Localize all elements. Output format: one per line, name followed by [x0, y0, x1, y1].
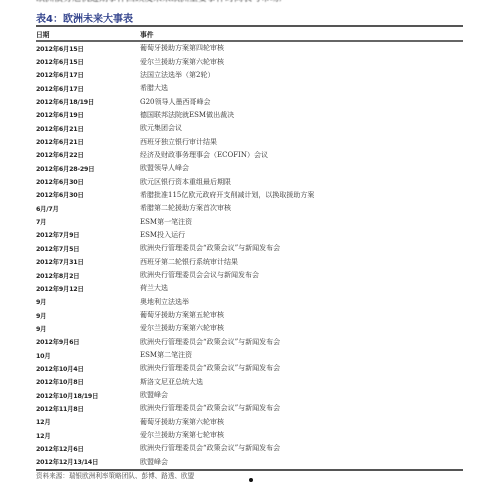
row-date: 2012年6月21日	[36, 124, 140, 133]
row-date: 2012年6月18/19日	[36, 97, 140, 106]
table-row: 2012年12月13/14日欧盟峰会	[36, 455, 463, 468]
row-event: 爱尔兰援助方案第六轮审核	[140, 57, 463, 67]
table-row: 2012年10月8日斯洛文尼亚总统大选	[36, 375, 463, 388]
table-body: 2012年6月15日葡萄牙援助方案第四轮审核2012年6月15日爱尔兰援助方案第…	[36, 42, 463, 469]
row-date: 2012年6月28-29日	[36, 164, 140, 173]
row-event: 欧洲央行管理委员会“政策会议”与新闻发布会	[140, 243, 463, 253]
row-date: 2012年10月8日	[36, 377, 140, 386]
table-row: 2012年6月22日经济及财政事务理事会（ECOFIN）会议	[36, 148, 463, 161]
row-date: 2012年7月5日	[36, 244, 140, 253]
row-event: ESM第一笔注资	[140, 217, 463, 227]
row-date: 2012年6月17日	[36, 70, 140, 79]
table-header-row: 日期 事件	[36, 27, 463, 40]
row-date: 2012年12月6日	[36, 444, 140, 453]
row-event: 经济及财政事务理事会（ECOFIN）会议	[140, 150, 463, 160]
row-event: 爱尔兰援助方案第七轮审核	[140, 430, 463, 440]
row-date: 2012年12月13/14日	[36, 457, 140, 466]
table-row: 2012年7月31日西班牙第二轮银行系统审计结果	[36, 255, 463, 268]
table-row: 2012年7月9日ESM投入运行	[36, 228, 463, 241]
row-date: 12月	[36, 431, 140, 440]
table-row: 2012年6月21日欧元集团会议	[36, 122, 463, 135]
table-row: 9月奥地利立法选举	[36, 295, 463, 308]
table-row: 12月爱尔兰援助方案第七轮审核	[36, 428, 463, 441]
row-event: 荷兰大选	[140, 283, 463, 293]
row-event: 爱尔兰援助方案第六轮审核	[140, 323, 463, 333]
table-row: 2012年6月30日希腊批准115亿欧元政府开支削减计划，以换取援助方案	[36, 188, 463, 201]
row-date: 2012年6月15日	[36, 57, 140, 66]
row-event: 西班牙第二轮银行系统审计结果	[140, 257, 463, 267]
table-row: 2012年6月15日爱尔兰援助方案第六轮审核	[36, 55, 463, 68]
table-row: 2012年6月17日法国立法选举（第2轮）	[36, 68, 463, 81]
table-row: 9月葡萄牙援助方案第五轮审核	[36, 308, 463, 321]
row-event: 欧洲央行管理委员会“政策会议”与新闻发布会	[140, 403, 463, 413]
row-date: 2012年6月15日	[36, 44, 140, 53]
table-row: 2012年8月2日欧洲央行管理委员会会议与新闻发布会	[36, 268, 463, 281]
table-row: 2012年12月6日欧洲央行管理委员会“政策会议”与新闻发布会	[36, 442, 463, 455]
row-event: 欧洲央行管理委员会“政策会议”与新闻发布会	[140, 443, 463, 453]
row-event: 欧洲央行管理委员会“政策会议”与新闻发布会	[140, 363, 463, 373]
row-date: 9月	[36, 324, 140, 333]
row-event: 斯洛文尼亚总统大选	[140, 377, 463, 387]
column-header-event: 事件	[140, 29, 463, 39]
row-date: 2012年8月2日	[36, 271, 140, 280]
table-row: 2012年9月6日欧洲央行管理委员会“政策会议”与新闻发布会	[36, 335, 463, 348]
table-row: 2012年6月17日希腊大选	[36, 82, 463, 95]
row-date: 2012年9月12日	[36, 284, 140, 293]
row-date: 12月	[36, 417, 140, 426]
row-date: 9月	[36, 297, 140, 306]
table-row: 6月/7月希腊第二轮援助方案首次审核	[36, 202, 463, 215]
row-date: 2012年7月9日	[36, 230, 140, 239]
table-row: 9月爱尔兰援助方案第六轮审核	[36, 322, 463, 335]
row-event: 希腊批准115亿欧元政府开支削减计划，以换取援助方案	[140, 190, 463, 200]
table-row: 2012年6月21日西班牙独立银行审计结果	[36, 135, 463, 148]
table-row: 2012年7月5日欧洲央行管理委员会“政策会议”与新闻发布会	[36, 242, 463, 255]
row-date: 2012年6月30日	[36, 190, 140, 199]
row-event: 葡萄牙援助方案第四轮审核	[140, 43, 463, 53]
row-event: G20领导人墨西哥峰会	[140, 97, 463, 107]
table-row: 10月ESM第二笔注资	[36, 348, 463, 361]
events-table: 日期 事件 2012年6月15日葡萄牙援助方案第四轮审核2012年6月15日爱尔…	[36, 25, 463, 471]
row-date: 2012年6月21日	[36, 137, 140, 146]
table-row: 2012年6月19日德国联邦法院就ESM做出裁决	[36, 108, 463, 121]
row-event: ESM第二笔注资	[140, 350, 463, 360]
row-date: 2012年6月30日	[36, 177, 140, 186]
table-row: 7月ESM第一笔注资	[36, 215, 463, 228]
row-event: 欧盟领导人峰会	[140, 163, 463, 173]
table-row: 2012年10月18/19日欧盟峰会	[36, 388, 463, 401]
row-date: 2012年7月31日	[36, 257, 140, 266]
table-row: 12月葡萄牙援助方案第六轮审核	[36, 415, 463, 428]
row-date: 2012年9月6日	[36, 337, 140, 346]
table-row: 2012年6月28-29日欧盟领导人峰会	[36, 162, 463, 175]
row-event: 西班牙独立银行审计结果	[140, 137, 463, 147]
row-event: 欧盟峰会	[140, 390, 463, 400]
row-date: 9月	[36, 311, 140, 320]
table-row: 2012年6月15日葡萄牙援助方案第四轮审核	[36, 42, 463, 55]
row-event: 欧元区银行资本重组最后期限	[140, 177, 463, 187]
row-date: 7月	[36, 217, 140, 226]
row-date: 2012年6月17日	[36, 84, 140, 93]
table-row: 2012年11月8日欧洲央行管理委员会“政策会议”与新闻发布会	[36, 402, 463, 415]
row-event: 希腊第二轮援助方案首次审核	[140, 203, 463, 213]
row-event: ESM投入运行	[140, 230, 463, 240]
table-row: 2012年6月30日欧元区银行资本重组最后期限	[36, 175, 463, 188]
table-row: 2012年6月18/19日G20领导人墨西哥峰会	[36, 95, 463, 108]
table-title: 表4：欧洲未来大事表	[36, 10, 133, 25]
table-row: 2012年10月4日欧洲央行管理委员会“政策会议”与新闻发布会	[36, 362, 463, 375]
row-event: 葡萄牙援助方案第六轮审核	[140, 417, 463, 427]
page-marker-dot	[249, 478, 253, 482]
row-date: 2012年6月19日	[36, 110, 140, 119]
row-date: 2012年10月4日	[36, 364, 140, 373]
row-event: 欧洲央行管理委员会会议与新闻发布会	[140, 270, 463, 280]
row-date: 6月/7月	[36, 204, 140, 213]
row-event: 欧洲央行管理委员会“政策会议”与新闻发布会	[140, 337, 463, 347]
row-event: 奥地利立法选举	[140, 297, 463, 307]
row-date: 2012年10月18/19日	[36, 391, 140, 400]
source-note: 资料来源：瑞银欧洲利率策略团队、彭博、路透、欧盟	[36, 470, 194, 480]
row-event: 德国联邦法院就ESM做出裁决	[140, 110, 463, 120]
row-event: 法国立法选举（第2轮）	[140, 70, 463, 80]
column-header-date: 日期	[36, 29, 140, 39]
row-event: 希腊大选	[140, 83, 463, 93]
row-event: 葡萄牙援助方案第五轮审核	[140, 310, 463, 320]
row-date: 2012年6月22日	[36, 150, 140, 159]
table-row: 2012年9月12日荷兰大选	[36, 282, 463, 295]
row-event: 欧盟峰会	[140, 457, 463, 467]
row-date: 10月	[36, 351, 140, 360]
cut-off-paragraph-text: 欧洲债务危机近期事件回顾及未来欧洲重要事件时间表与市场影响分析	[36, 0, 281, 4]
row-event: 欧元集团会议	[140, 123, 463, 133]
row-date: 2012年11月8日	[36, 404, 140, 413]
